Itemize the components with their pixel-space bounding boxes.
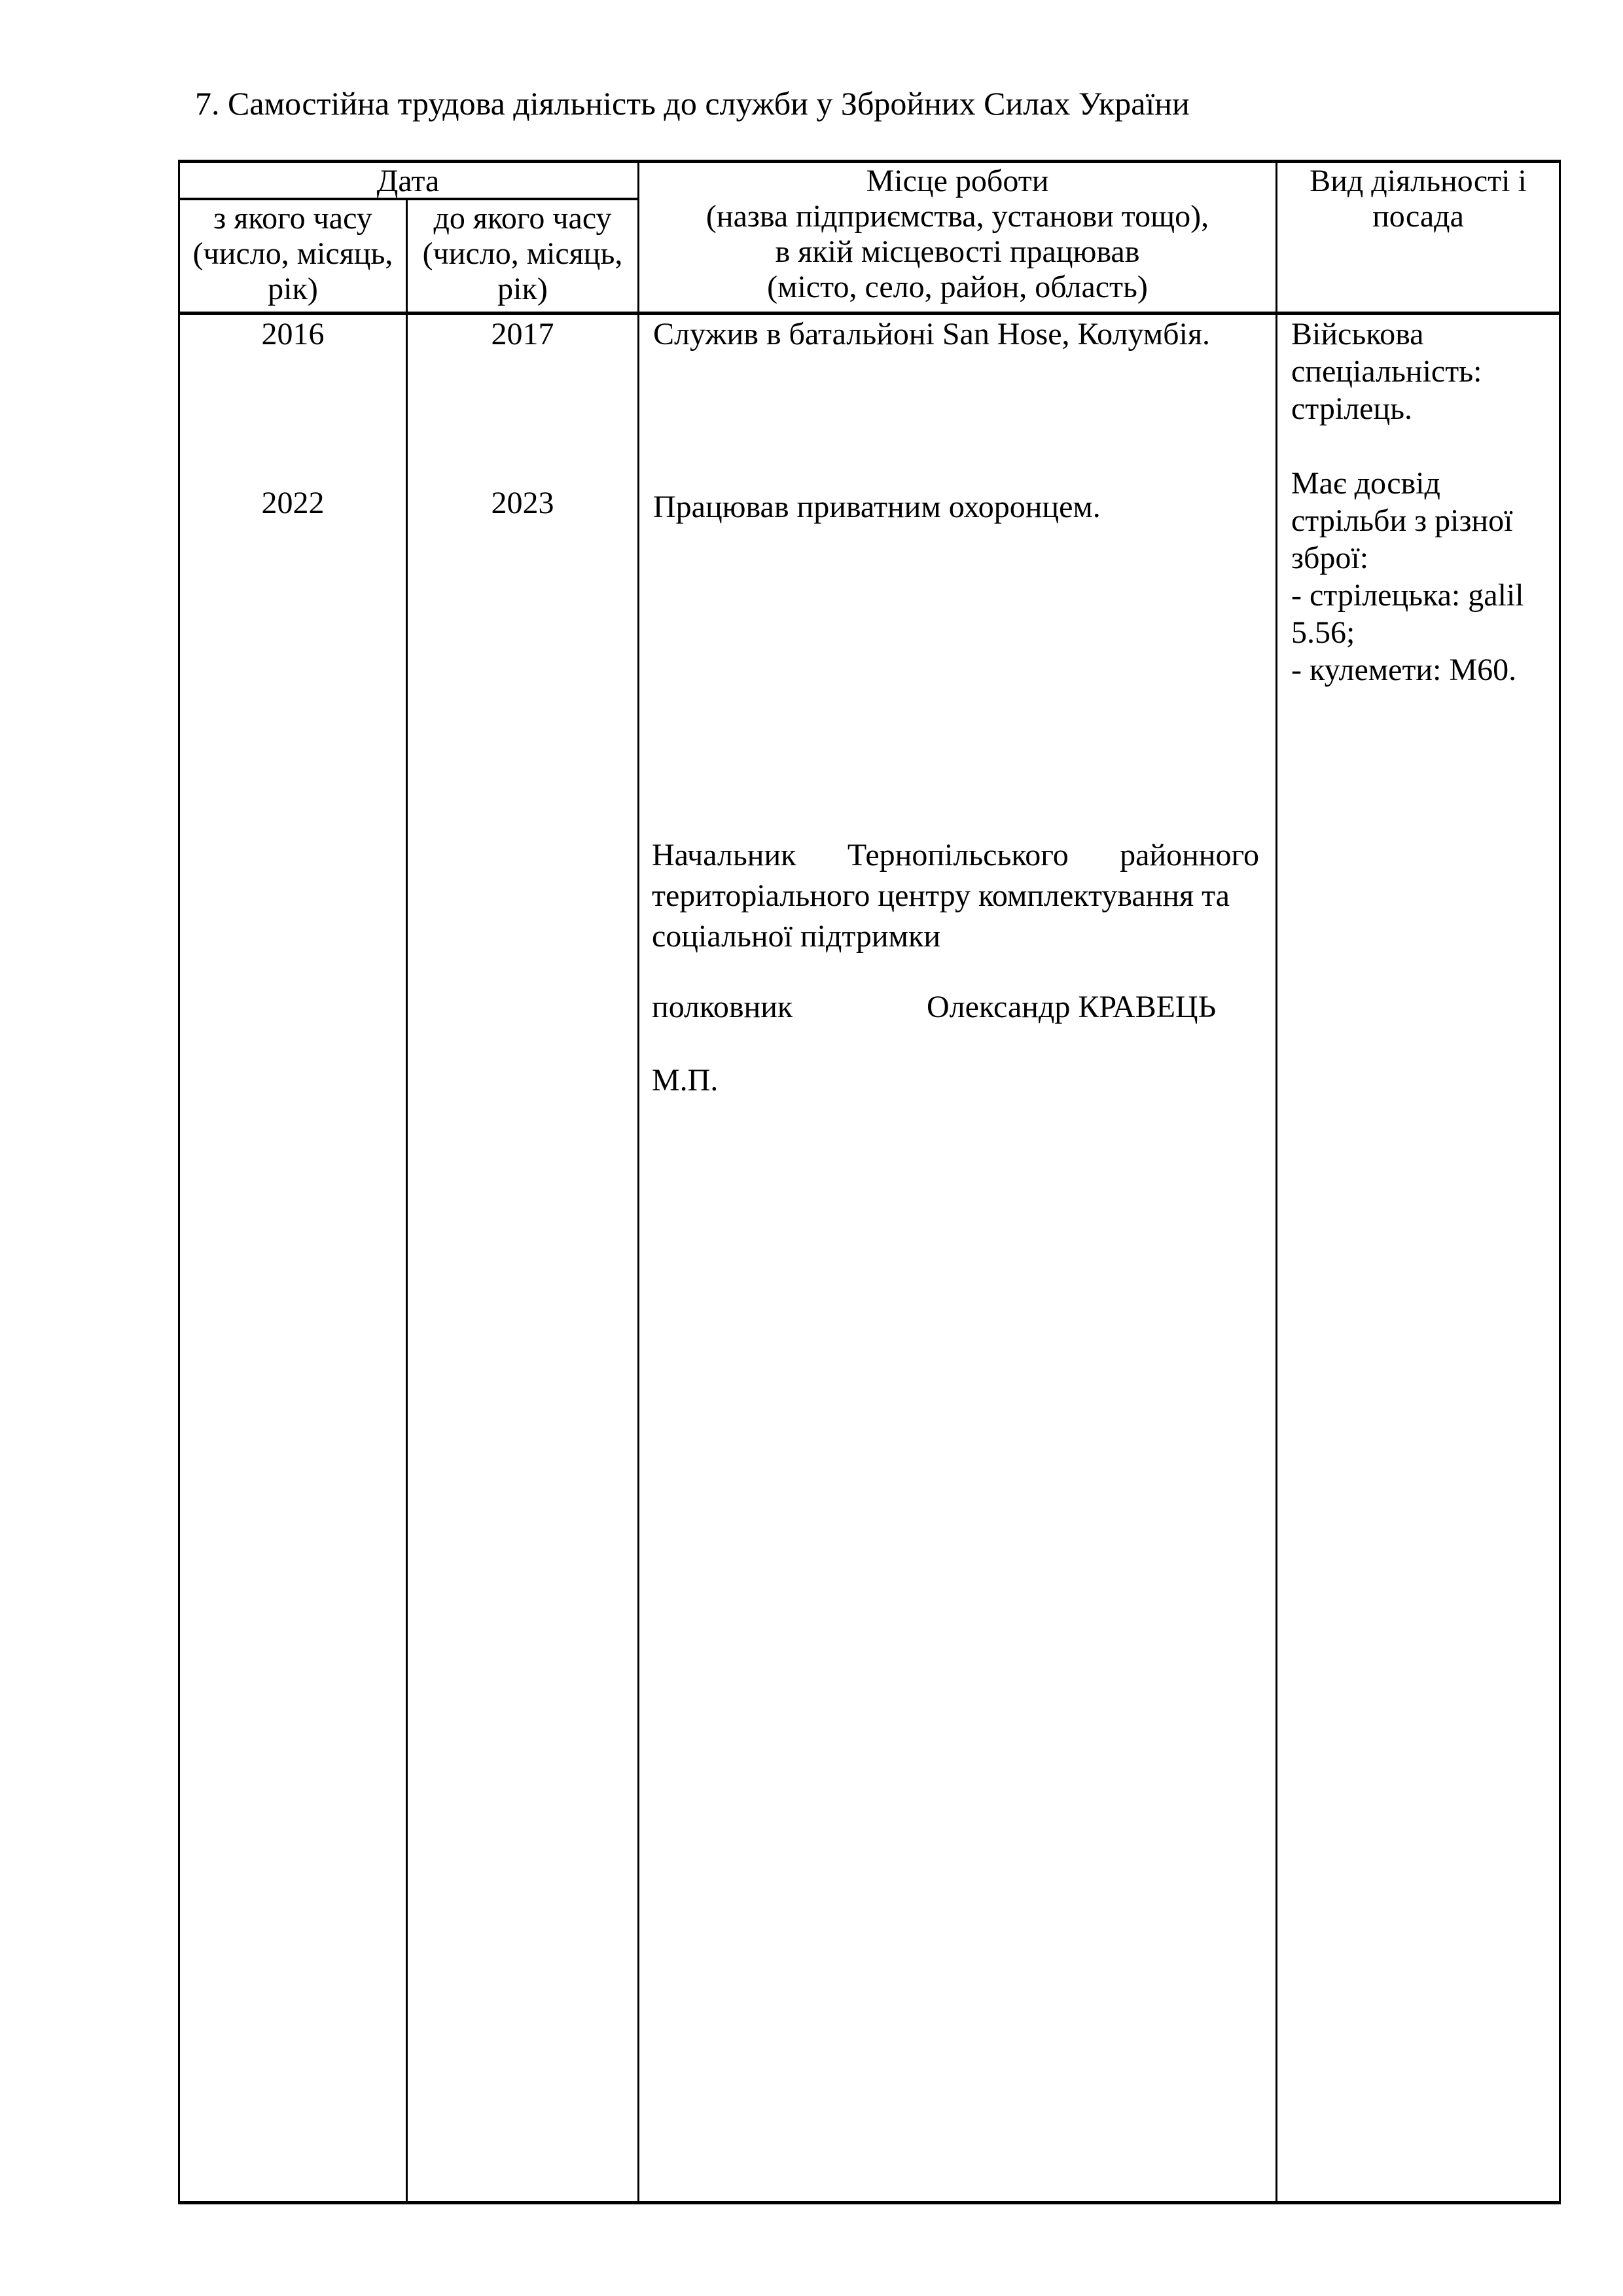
- header-from-line-3: рік): [180, 272, 406, 307]
- position-line: зброї:: [1291, 539, 1553, 577]
- table-left-border: [178, 160, 180, 2204]
- row-2-to: 2023: [408, 486, 637, 521]
- header-to-line-3: рік): [408, 272, 637, 307]
- position-line: - кулемети: M60.: [1291, 651, 1553, 689]
- header-place-line-2: (назва підприємства, установи тощо),: [639, 199, 1275, 234]
- header-to: до якого часу (число, місяць, рік): [408, 201, 637, 307]
- position-line: [1291, 427, 1553, 465]
- position-line: спеціальність:: [1291, 353, 1553, 390]
- employment-table: Дата з якого часу (число, місяць, рік) д…: [178, 160, 1561, 2204]
- header-body-divider: [178, 312, 1561, 315]
- col-divider-to-place: [637, 160, 639, 2204]
- row-1-from: 2016: [180, 317, 406, 352]
- header-position-line-1: Вид діяльності і: [1277, 164, 1559, 199]
- signature-word: Тернопільського: [847, 835, 1069, 876]
- header-position: Вид діяльності і посада: [1277, 164, 1559, 234]
- position-line: стрільби з різної: [1291, 502, 1553, 539]
- position-description: Військова спеціальність: стрілець. Має д…: [1291, 315, 1553, 689]
- header-from: з якого часу (число, місяць, рік): [180, 201, 406, 307]
- header-from-line-1: з якого часу: [180, 201, 406, 236]
- position-line: Має досвід: [1291, 465, 1553, 502]
- header-to-line-2: (число, місяць,: [408, 236, 637, 272]
- table-top-border: [178, 160, 1561, 163]
- signature-line-3: соціальної підтримки: [652, 916, 1259, 957]
- signature-line-1: Начальник Тернопільського районного: [652, 835, 1259, 876]
- col-divider-place-position: [1275, 160, 1277, 2204]
- row-2-from: 2022: [180, 486, 406, 521]
- row-1-place: Служив в батальйоні San Hose, Колумбія.: [653, 317, 1210, 352]
- signature-word: Начальник: [652, 835, 796, 876]
- header-place-line-3: в якій місцевості працював: [639, 234, 1275, 270]
- table-bottom-border: [178, 2201, 1561, 2204]
- header-date-label: Дата: [377, 164, 440, 198]
- position-line: 5.56;: [1291, 614, 1553, 651]
- header-date-group: Дата: [178, 164, 638, 199]
- header-place-line-1: Місце роботи: [639, 164, 1275, 199]
- signature-line-2: територіального центру комплектування та: [652, 876, 1259, 916]
- row-1-to: 2017: [408, 317, 637, 352]
- signature-word: районного: [1120, 835, 1259, 876]
- header-position-line-2: посада: [1277, 199, 1559, 234]
- row-2-place: Працював приватним охоронцем.: [653, 490, 1101, 525]
- header-from-line-2: (число, місяць,: [180, 236, 406, 272]
- document-page: 7. Самостійна трудова діяльність до служ…: [0, 0, 1623, 2296]
- section-title: 7. Самостійна трудова діяльність до служ…: [195, 84, 1190, 123]
- position-line: стрілець.: [1291, 390, 1553, 427]
- header-place: Місце роботи (назва підприємства, устано…: [639, 164, 1275, 305]
- stamp-place: М.П.: [652, 1060, 718, 1101]
- signatory-rank: полковник: [652, 987, 793, 1028]
- signatory-name: Олександр КРАВЕЦЬ: [927, 987, 1216, 1028]
- signature-block: Начальник Тернопільського районного тери…: [652, 835, 1259, 957]
- header-place-line-4: (місто, село, район, область): [639, 270, 1275, 305]
- position-line: Військова: [1291, 315, 1553, 353]
- header-to-line-1: до якого часу: [408, 201, 637, 236]
- table-right-border: [1559, 160, 1561, 2204]
- position-line: - стрілецька: galil: [1291, 577, 1553, 614]
